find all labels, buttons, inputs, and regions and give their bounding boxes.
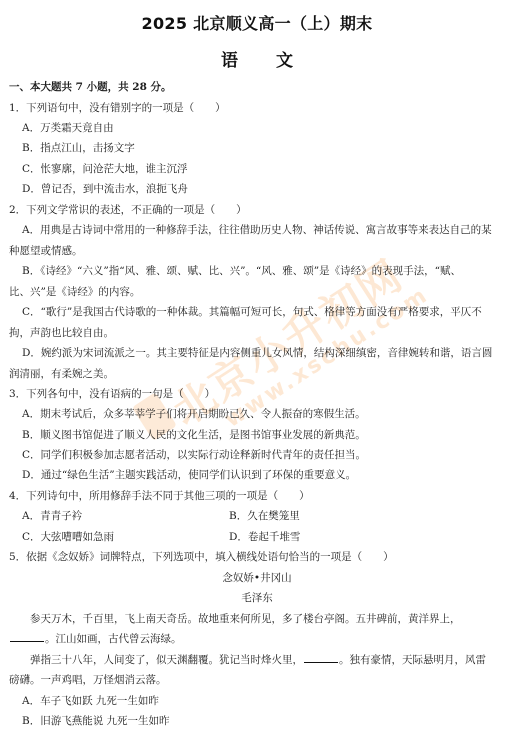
question-3-option-d: D．通过“绿色生活”主题实践活动，使同学们认识到了环保的重要意义。 (22, 468, 356, 482)
question-2-option-a-line1: A．用典是古诗词中常用的一种修辞手法，往往借助历史人物、神话传说、寓言故事等来表… (22, 223, 492, 237)
question-4-option-a: A．青青子衿 (22, 509, 82, 523)
fill-blank-1 (10, 632, 44, 642)
question-1-stem: 1．下列语句中，没有错别字的一项是（ ） (9, 101, 226, 115)
exam-title: 2025 北京顺义高一（上）期末 (0, 11, 514, 34)
question-1-option-a: A．万类霜天竟自由 (22, 121, 114, 135)
question-5-option-a: A．车子飞如跃 九死一生如昨 (22, 694, 159, 708)
poem-paragraph-1-line1: 参天万木，千百里，飞上南天奇岳。故地重来何所见，多了楼台亭阁。五井碑前，黄洋界上… (30, 612, 461, 626)
question-2-option-a-line2: 种愿望或情感。 (9, 244, 83, 258)
question-1-option-b: B．指点江山，击扬文字 (22, 141, 135, 155)
poem-paragraph-2-line1-text-a: 弹指三十八年，人间变了，似天渊翻覆。犹记当时烽火里， (30, 654, 303, 666)
subject-char-2: 文 (276, 46, 293, 71)
question-3-option-a: A．期末考试后，众多莘莘学子们将开启期盼已久、令人振奋的寒假生活。 (22, 407, 366, 421)
poem-paragraph-1-line2-text: 。江山如画，古代曾云海绿。 (45, 633, 182, 645)
poem-paragraph-2-line1-text-b: 。独有豪情，天际悬明月，风雷 (339, 654, 486, 666)
question-4-option-d: D．卷起千堆雪 (229, 530, 300, 544)
question-2-option-c-line2: 拘，声韵也比较自由。 (9, 326, 114, 340)
question-3-option-c: C．同学们积极参加志愿者活动，以实际行动诠释新时代青年的责任担当。 (22, 448, 366, 462)
subject-title: 语文 (0, 46, 514, 71)
poem-paragraph-2-line2: 磅礴。一声鸡唱，万怪烟消云落。 (9, 673, 167, 687)
question-3-stem: 3．下列各句中，没有语病的一句是（ ） (9, 387, 215, 401)
question-4-option-b: B．久在樊笼里 (229, 509, 300, 523)
question-1-option-d: D．曾记否，到中流击水，浪扼飞舟 (22, 182, 188, 196)
poem-paragraph-2-line1: 弹指三十八年，人间变了，似天渊翻覆。犹记当时烽火里，。独有豪情，天际悬明月，风雷 (30, 653, 486, 667)
question-2-option-d-line1: D．婉约派为宋词流派之一。其主要特征是内容侧重儿女风情，结构深细缜密，音律婉转和… (22, 346, 492, 360)
question-2-option-b-line2: 比、兴”是《诗经》的内容。 (9, 285, 140, 299)
question-3-option-b: B．顺义图书馆促进了顺义人民的文化生活，是图书馆事业发展的新典范。 (22, 428, 366, 442)
question-5-option-b: B．旧游飞燕能说 九死一生如昨 (22, 714, 170, 728)
question-2-stem: 2．下列文学常识的表述，不正确的一项是（ ） (9, 203, 247, 217)
question-2-option-c-line1: C．“歌行”是我国古代诗歌的一种体裁。其篇幅可短可长，句式、格律等方面没有严格要… (22, 305, 482, 319)
question-1-option-c: C．怅寥廓，问沧茫大地，谁主沉浮 (22, 162, 188, 176)
poem-paragraph-1-line2: 。江山如画，古代曾云海绿。 (9, 632, 182, 646)
question-4-option-c: C．大弦嘈嘈如急雨 (22, 530, 114, 544)
subject-char-1: 语 (221, 46, 238, 71)
question-4-stem: 4．下列诗句中，所用修辞手法不同于其他三项的一项是（ ） (9, 489, 310, 503)
poem-title: 念奴娇•井冈山 (0, 571, 514, 585)
question-2-option-d-line2: 润清丽，有柔婉之美。 (9, 367, 114, 381)
question-5-stem: 5．依据《念奴娇》词牌特点，下列选项中，填入横线处语句恰当的一项是（ ） (9, 550, 394, 564)
exam-page: 北京小升初网 www.xschu.com 2025 北京顺义高一（上）期末 语文… (0, 0, 514, 734)
fill-blank-2 (304, 653, 338, 663)
poem-author: 毛泽东 (0, 591, 514, 605)
section-heading: 一、本大题共 7 小题，共 28 分。 (9, 80, 172, 94)
question-2-option-b-line1: B．《诗经》“六义”指“风、雅、颂、赋、比、兴”。“风、雅、颂”是《诗经》的表现… (22, 264, 461, 278)
